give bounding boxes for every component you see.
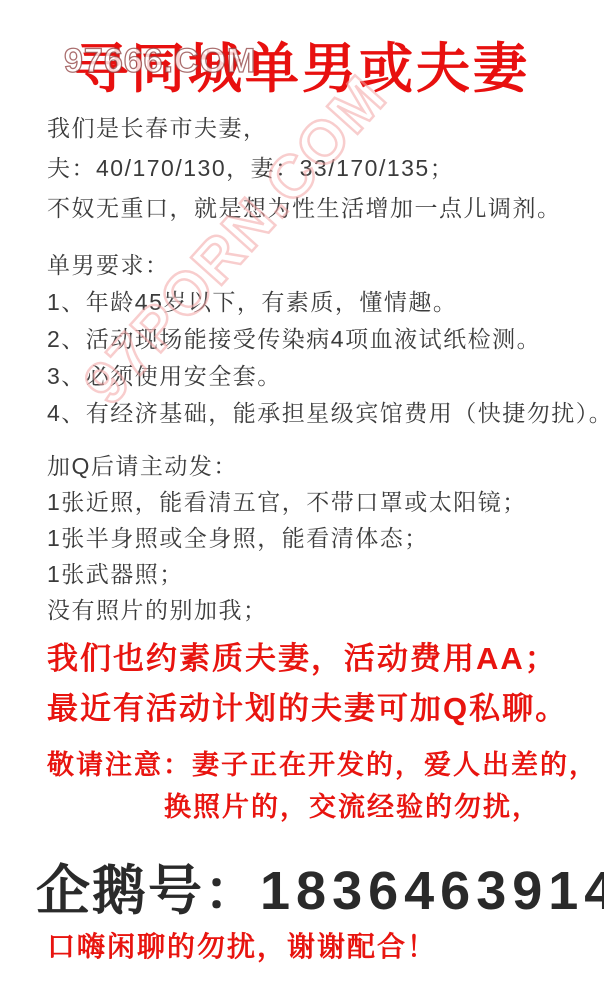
photo-item-2: 1张半身照或全身照，能看清体态； [47,520,527,556]
couples-note-line-2: 最近有活动计划的夫妻可加Q私聊。 [47,684,568,734]
intro-section: 我们是长春市夫妻， 夫：40/170/130，妻：33/170/135； 不奴无… [47,108,562,228]
intro-line-1: 我们是长春市夫妻， [47,108,562,148]
photos-heading: 加Q后请主动发： [47,448,527,484]
watermark-top-overlay: 97666.COM [64,42,256,81]
requirements-heading: 单男要求： [47,247,604,284]
photo-item-1: 1张近照，能看清五官，不带口罩或太阳镜； [47,484,527,520]
requirement-item-3: 3、必须使用安全套。 [47,358,604,395]
requirement-item-1: 1、年龄45岁以下，有素质，懂情趣。 [47,284,604,321]
photo-item-3: 1张武器照； [47,556,527,592]
notice-section: 敬请注意：妻子正在开发的，爱人出差的， 换照片的，交流经验的勿扰， [47,744,598,828]
contact-label: 企鹅号： [36,861,260,921]
notice-line-1: 敬请注意：妻子正在开发的，爱人出差的， [47,744,598,786]
photo-item-4: 没有照片的别加我； [47,592,527,628]
contact-line: 企鹅号：1836463914 [36,848,604,925]
couples-note-line-1: 我们也约素质夫妻，活动费用AA； [47,634,568,684]
requirements-section: 单男要求： 1、年龄45岁以下，有素质，懂情趣。 2、活动现场能接受传染病4项血… [47,247,604,432]
contact-number: 1836463914 [260,861,604,921]
couples-note-section: 我们也约素质夫妻，活动费用AA； 最近有活动计划的夫妻可加Q私聊。 [47,634,568,734]
intro-line-2: 夫：40/170/130，妻：33/170/135； [47,148,562,188]
notice-line-2: 换照片的，交流经验的勿扰， [47,786,598,828]
photos-section: 加Q后请主动发： 1张近照，能看清五官，不带口罩或太阳镜； 1张半身照或全身照，… [47,448,527,628]
requirement-item-2: 2、活动现场能接受传染病4项血液试纸检测。 [47,321,604,358]
flyer-page: 寻同城单男或夫妻 97666.COM 97PORN.COM 我们是长春市夫妻， … [0,0,604,1000]
requirement-item-4: 4、有经济基础，能承担星级宾馆费用（快捷勿扰）。 [47,395,604,432]
footer-note: 口嗨闲聊的勿扰，谢谢配合！ [47,925,437,965]
intro-line-3: 不奴无重口，就是想为性生活增加一点儿调剂。 [47,188,562,228]
